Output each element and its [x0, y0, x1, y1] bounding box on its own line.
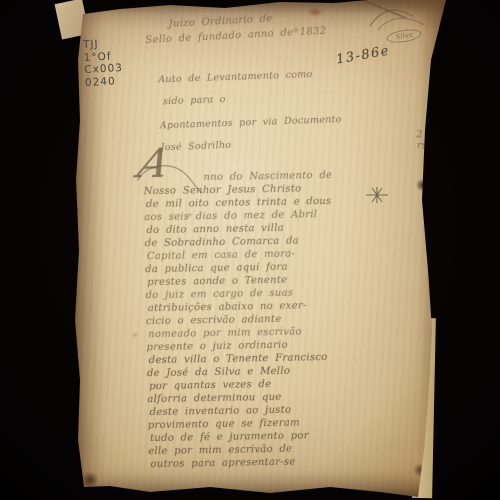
- docket-summary: Auto de Levantamento como sido para o Ap…: [158, 66, 408, 75]
- docket-margin-note-2: 2 rs: [416, 129, 427, 151]
- photo-background: Juizo Ordinario de Sello de fundado anno…: [0, 0, 500, 500]
- docket-line-2: sido para o: [163, 94, 226, 107]
- docket-line-3: Apontamentos por via Documento: [160, 114, 342, 131]
- initial-flourish-icon: [135, 159, 206, 200]
- archival-reference-pencil: TJJ 1°Of Cx003 0240: [83, 37, 124, 89]
- body-line: outros para apresentar-se: [150, 454, 390, 471]
- docket-margin-note-1: ~: [427, 109, 436, 120]
- docket-line-1: Auto de Levantamento como: [158, 69, 313, 85]
- body-text: A nno do Nascimento de Nosso Senhor Jesu…: [143, 168, 390, 471]
- archival-mark-3: Cx003: [84, 62, 123, 77]
- archival-mark-4: 0240: [85, 74, 124, 89]
- folio-number: 13-86e: [335, 43, 391, 67]
- header-title: Juizo Ordinario de Sello de fundado anno…: [144, 8, 375, 46]
- manuscript-page: Juizo Ordinario de Sello de fundado anno…: [70, 0, 450, 500]
